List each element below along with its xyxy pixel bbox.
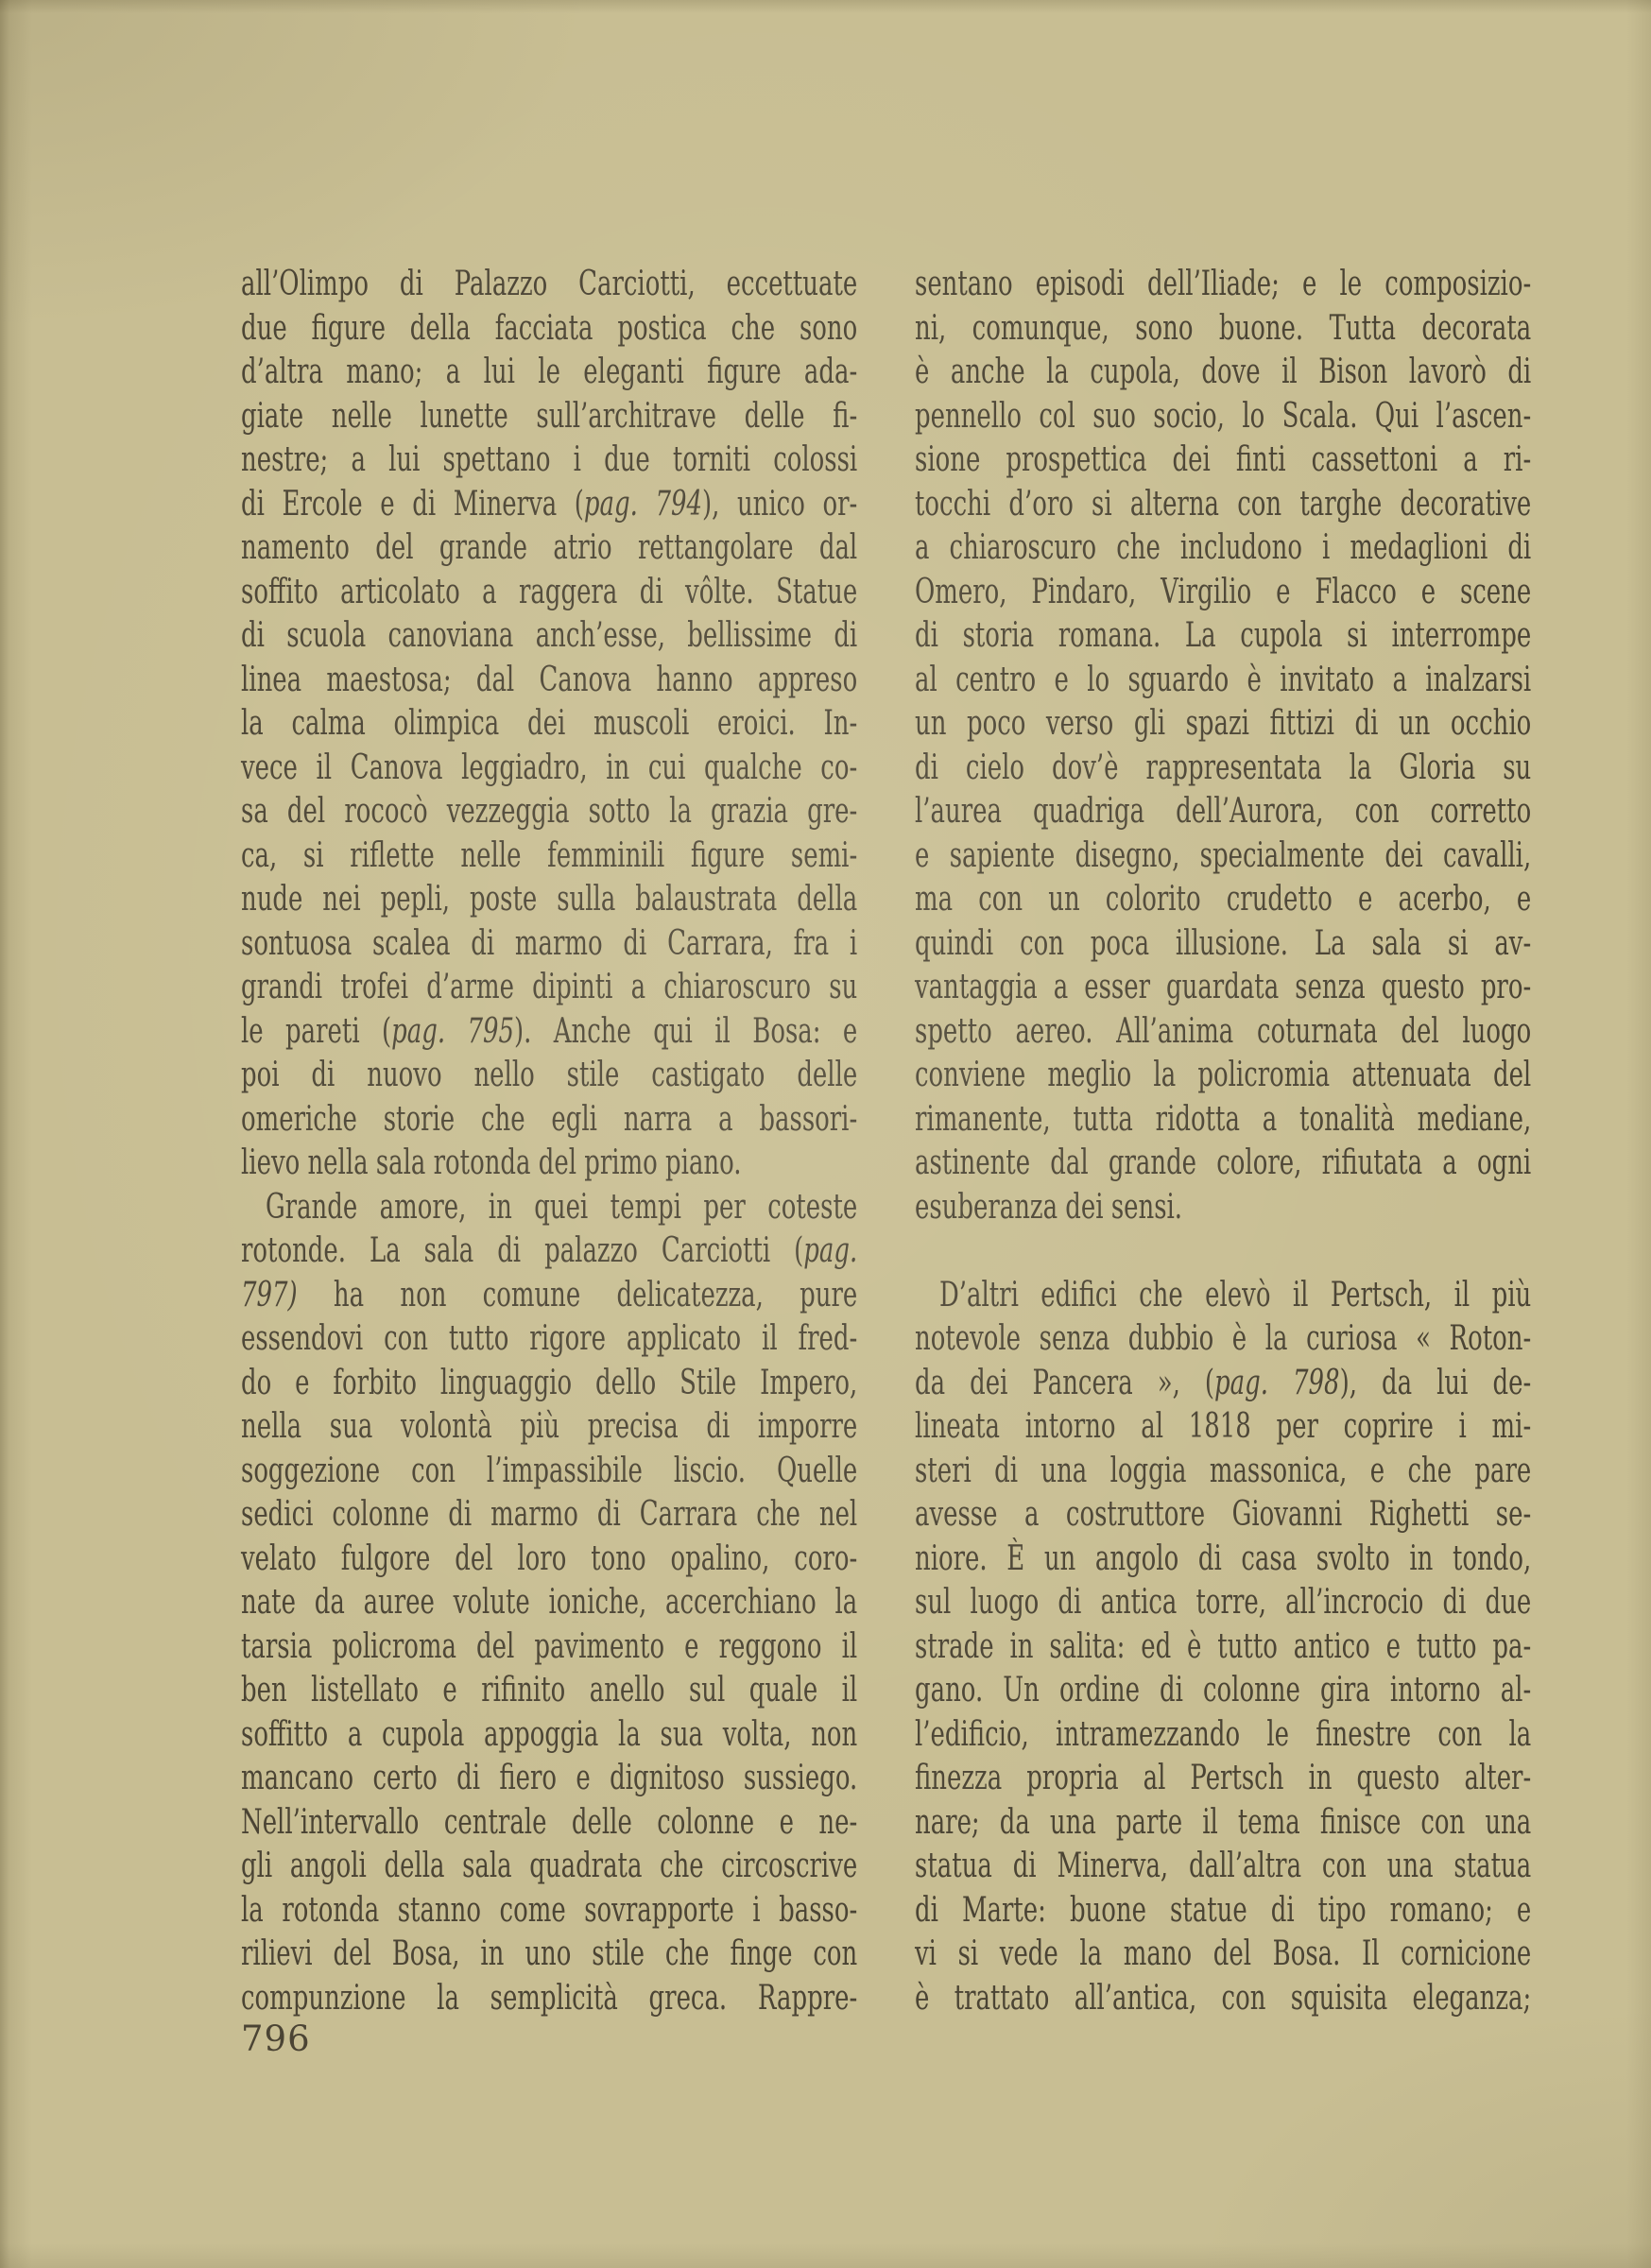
text-line: lineata intorno al 1818 per coprire i mi…	[915, 1405, 1531, 1450]
text-line: vi si vede la mano del Bosa. Il cornicio…	[915, 1933, 1531, 1977]
text-line: vantaggia a esser guardata senza questo …	[915, 966, 1531, 1010]
text-line: è trattato all’antica, con squisita eleg…	[915, 1977, 1531, 2021]
text-line: lievo nella sala rotonda del primo piano…	[241, 1142, 857, 1186]
text-line: la rotonda stanno come sovrapporte i bas…	[241, 1889, 857, 1933]
text-line: un poco verso gli spazi fittizi di un oc…	[915, 702, 1531, 747]
text-line: di cielo dov’è rappresentata la Gloria s…	[915, 747, 1531, 791]
text-line: quindi con poca illusione. La sala si av…	[915, 922, 1531, 967]
text-line: vece il Canova leggiadro, in cui qualche…	[241, 747, 857, 791]
text-line: le pareti (pag. 795). Anche qui il Bosa:…	[241, 1010, 857, 1055]
text-line: do e forbito linguaggio dello Stile Impe…	[241, 1362, 857, 1406]
text-line: ni, comunque, sono buone. Tutta decorata	[915, 307, 1531, 352]
left-text-column: all’Olimpo di Palazzo Carciotti, eccettu…	[241, 263, 857, 2020]
text-line: sul luogo di antica torre, all’incrocio …	[915, 1581, 1531, 1625]
text-line: soffitto a cupola appoggia la sua volta,…	[241, 1713, 857, 1758]
text-line: conviene meglio la policromia attenuata …	[915, 1054, 1531, 1098]
text-line: giate nelle lunette sull’architrave dell…	[241, 395, 857, 439]
text-line: esuberanza dei sensi.	[915, 1186, 1531, 1230]
text-line: al centro e lo sguardo è invitato a inal…	[915, 659, 1531, 703]
text-line: ben listellato e rifinito anello sul qua…	[241, 1669, 857, 1713]
text-line: rimanente, tutta ridotta a tonalità medi…	[915, 1098, 1531, 1143]
text-line: spetto aereo. All’anima coturnata del lu…	[915, 1010, 1531, 1055]
text-line: steri di una loggia massonica, e che par…	[915, 1450, 1531, 1494]
paragraph-gap	[915, 1229, 1531, 1274]
text-line: sione prospettica dei finti cassettoni a…	[915, 438, 1531, 483]
text-line: d’altra mano; a lui le eleganti figure a…	[241, 351, 857, 395]
book-page: all’Olimpo di Palazzo Carciotti, eccettu…	[0, 0, 1651, 2268]
text-line: Grande amore, in quei tempi per coteste	[241, 1186, 857, 1230]
text-line: omeriche storie che egli narra a bassori…	[241, 1098, 857, 1143]
text-line: di Ercole e di Minerva (pag. 794), unico…	[241, 483, 857, 527]
text-line: tarsia policroma del pavimento e reggono…	[241, 1625, 857, 1670]
text-line: a chiaroscuro che includono i medaglioni…	[915, 526, 1531, 571]
text-line: pennello col suo socio, lo Scala. Qui l’…	[915, 395, 1531, 439]
text-line: poi di nuovo nello stile castigato delle	[241, 1054, 857, 1098]
text-line: astinente dal grande colore, rifiutata a…	[915, 1142, 1531, 1186]
text-line: compunzione la semplicità greca. Rappre-	[241, 1977, 857, 2021]
text-line: nare; da una parte il tema finisce con u…	[915, 1801, 1531, 1846]
text-line: essendovi con tutto rigore applicato il …	[241, 1317, 857, 1362]
text-line: Omero, Pindaro, Virgilio e Flacco e scen…	[915, 571, 1531, 615]
text-line: statua di Minerva, dall’altra con una st…	[915, 1845, 1531, 1889]
text-line: avesse a costruttore Giovanni Righetti s…	[915, 1493, 1531, 1538]
text-line: grandi trofei d’arme dipinti a chiaroscu…	[241, 966, 857, 1010]
text-line: ma con un colorito crudetto e acerbo, e	[915, 878, 1531, 922]
text-line: ca, si riflette nelle femminili figure s…	[241, 834, 857, 879]
text-line: l’aurea quadriga dell’Aurora, con corret…	[915, 790, 1531, 834]
text-line: rotonde. La sala di palazzo Carciotti (p…	[241, 1229, 857, 1274]
text-line: D’altri edifici che elevò il Pertsch, il…	[915, 1274, 1531, 1318]
text-line: soffito articolato a raggera di vôlte. S…	[241, 571, 857, 615]
text-line: strade in salita: ed è tutto antico e tu…	[915, 1625, 1531, 1670]
text-line: nella sua volontà più precisa di imporre	[241, 1405, 857, 1450]
text-line: velato fulgore del loro tono opalino, co…	[241, 1538, 857, 1582]
text-line: e sapiente disegno, specialmente dei cav…	[915, 834, 1531, 879]
text-line: Nell’intervallo centrale delle colonne e…	[241, 1801, 857, 1846]
right-text-column: sentano episodi dell’Iliade; e le compos…	[915, 263, 1531, 2020]
text-line: niore. È un angolo di casa svolto in ton…	[915, 1538, 1531, 1582]
text-line: finezza propria al Pertsch in questo alt…	[915, 1757, 1531, 1801]
text-line: soggezione con l’impassibile liscio. Que…	[241, 1450, 857, 1494]
text-line: di storia romana. La cupola si interromp…	[915, 614, 1531, 659]
text-line: sentano episodi dell’Iliade; e le compos…	[915, 263, 1531, 307]
text-line: da dei Pancera », (pag. 798), da lui de-	[915, 1362, 1531, 1406]
text-line: rilievi del Bosa, in uno stile che finge…	[241, 1933, 857, 1977]
text-line: due figure della facciata postica che so…	[241, 307, 857, 352]
text-line: è anche la cupola, dove il Bison lavorò …	[915, 351, 1531, 395]
page-number: 796	[241, 2018, 311, 2061]
text-line: di scuola canoviana anch’esse, bellissim…	[241, 614, 857, 659]
text-line: la calma olimpica dei muscoli eroici. In…	[241, 702, 857, 747]
text-line: gano. Un ordine di colonne gira intorno …	[915, 1669, 1531, 1713]
text-line: tocchi d’oro si alterna con targhe decor…	[915, 483, 1531, 527]
text-line: linea maestosa; dal Canova hanno appreso	[241, 659, 857, 703]
text-line: 797) ha non comune delicatezza, pure	[241, 1274, 857, 1318]
text-line: nude nei pepli, poste sulla balaustrata …	[241, 878, 857, 922]
text-line: nate da auree volute ioniche, accerchian…	[241, 1581, 857, 1625]
text-line: all’Olimpo di Palazzo Carciotti, eccettu…	[241, 263, 857, 307]
text-line: mancano certo di fiero e dignitoso sussi…	[241, 1757, 857, 1801]
text-line: nestre; a lui spettano i due torniti col…	[241, 438, 857, 483]
text-line: l’edificio, intramezzando le finestre co…	[915, 1713, 1531, 1758]
text-line: gli angoli della sala quadrata che circo…	[241, 1845, 857, 1889]
text-line: sontuosa scalea di marmo di Carrara, fra…	[241, 922, 857, 967]
text-line: namento del grande atrio rettangolare da…	[241, 526, 857, 571]
text-line: notevole senza dubbio è la curiosa « Rot…	[915, 1317, 1531, 1362]
text-line: di Marte: buone statue di tipo romano; e	[915, 1889, 1531, 1933]
text-line: sedici colonne di marmo di Carrara che n…	[241, 1493, 857, 1538]
text-line: sa del rococò vezzeggia sotto la grazia …	[241, 790, 857, 834]
